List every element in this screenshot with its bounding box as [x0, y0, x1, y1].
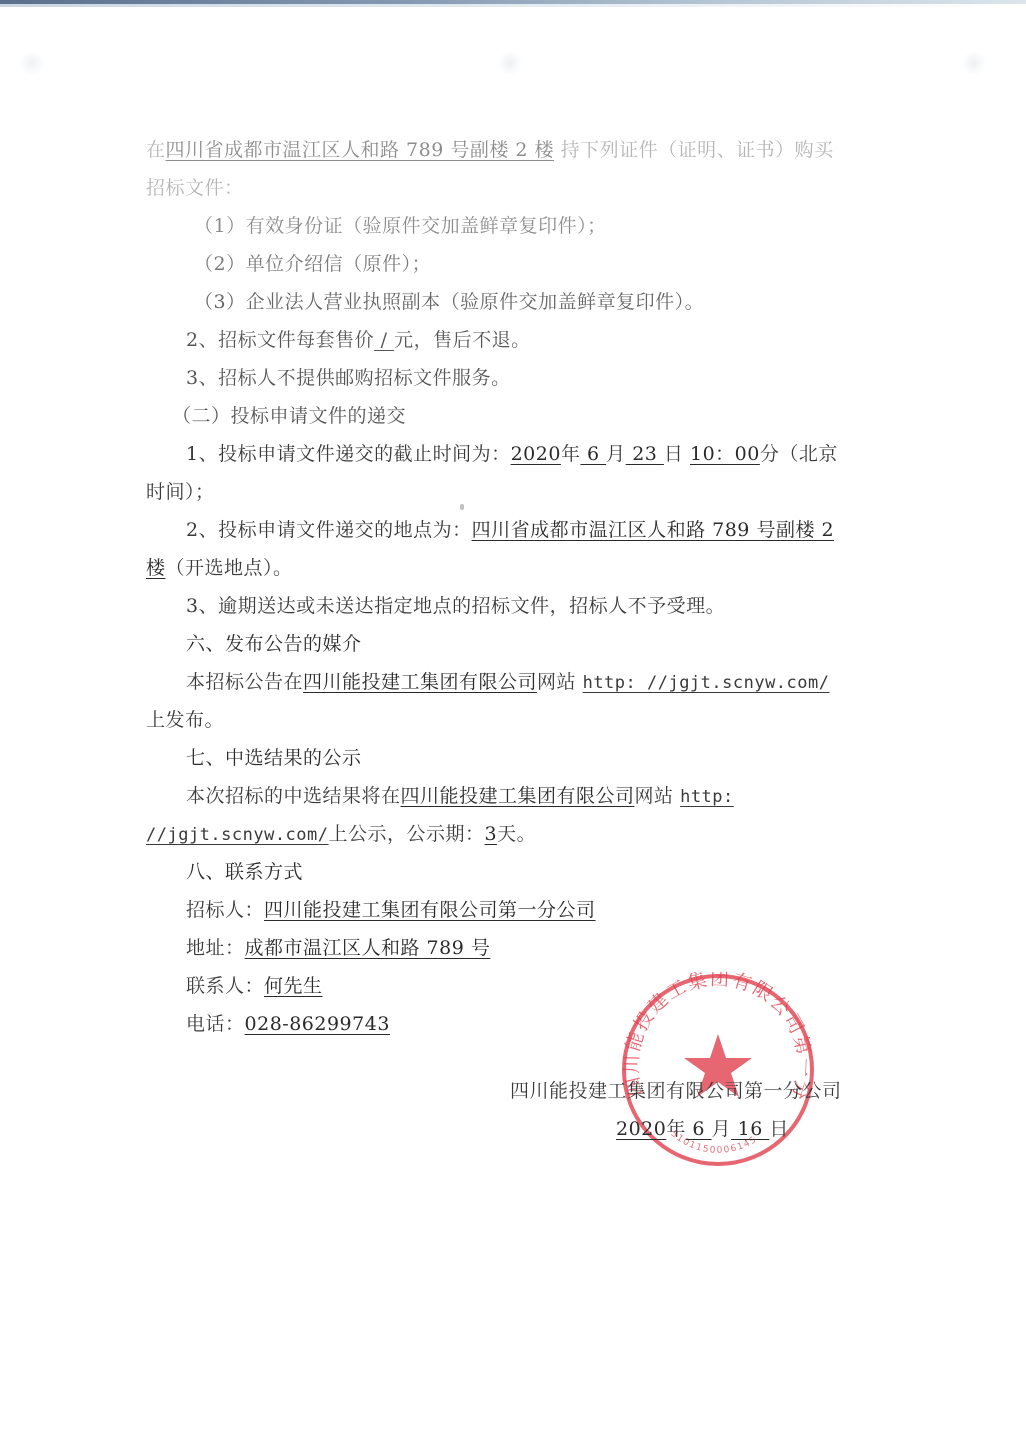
contact-person-line: 联系人：何先生	[186, 973, 323, 999]
scan-artifact-left	[18, 52, 46, 74]
deadline-line: 1、投标申请文件递交的截止时间为：2020年 6 月 23 日 10：00分（北…	[186, 441, 838, 467]
deadline-year: 2020	[511, 443, 561, 465]
result-url-part2: //jgjt.scnyw.com/	[146, 825, 329, 845]
result-prefix: 本次招标的中选结果将在	[186, 785, 401, 807]
result-continuation: //jgjt.scnyw.com/上公示，公示期：3天。	[146, 821, 536, 848]
scan-edge-shadow	[0, 4, 1026, 7]
deadline-suffix: 分（北京	[760, 443, 838, 465]
signature-year: 2020	[616, 1118, 666, 1140]
scan-speck	[460, 504, 464, 510]
media-continuation: 上发布。	[146, 707, 224, 733]
deadline-month-unit: 月	[606, 443, 626, 465]
result-company: 四川能投建工集团有限公司	[401, 785, 635, 807]
tenderer-value: 四川能投建工集团有限公司第一分公司	[264, 899, 596, 921]
price-suffix: 元，售后不退。	[394, 329, 531, 351]
result-days: 3	[485, 823, 498, 845]
price-value: /	[374, 329, 394, 351]
submission-section-title: （二）投标申请文件的递交	[172, 403, 406, 429]
media-line: 本招标公告在四川能投建工集团有限公司网站 http: //jgjt.scnyw.…	[186, 669, 829, 696]
result-mid: 网站	[635, 785, 681, 807]
purchase-location-line: 在四川省成都市温江区人和路 789 号副楼 2 楼 持下列证件（证明、证书）购买	[146, 137, 834, 163]
required-doc-1: （1）有效身份证（验原件交加盖鲜章复印件）；	[194, 213, 607, 239]
scan-artifact-right	[960, 52, 988, 74]
contact-address-line: 地址：成都市温江区人和路 789 号	[186, 935, 490, 961]
signature-organization: 四川能投建工集团有限公司第一分公司	[510, 1078, 842, 1104]
price-line: 2、招标文件每套售价 / 元，售后不退。	[186, 327, 531, 353]
signature-day: 16	[731, 1118, 769, 1140]
deadline-day: 23	[626, 443, 664, 465]
late-rule-line: 3、逾期送达或未送达指定地点的招标文件，招标人不予受理。	[186, 593, 725, 619]
address-label: 地址：	[186, 937, 245, 959]
media-prefix: 本招标公告在	[186, 671, 303, 693]
signature-month: 6	[686, 1118, 712, 1140]
media-url: http: //jgjt.scnyw.com/	[583, 673, 830, 693]
location-suffix: （开选地点）。	[166, 557, 293, 579]
phone-label: 电话：	[186, 1013, 245, 1035]
deadline-time: 10：00	[690, 443, 760, 465]
price-prefix: 2、招标文件每套售价	[186, 329, 374, 351]
tenderer-label: 招标人：	[186, 899, 264, 921]
deadline-month: 6	[580, 443, 606, 465]
required-doc-2: （2）单位介绍信（原件）；	[194, 251, 431, 277]
location-address-1: 四川省成都市温江区人和路 789 号副楼 2	[472, 519, 834, 541]
result-days-unit: 天。	[497, 823, 536, 845]
purchase-prefix: 在	[146, 139, 166, 161]
signature-day-unit: 日	[769, 1118, 789, 1140]
purchase-continuation: 招标文件：	[146, 175, 244, 201]
contact-label: 联系人：	[186, 975, 264, 997]
scan-artifact-center	[496, 52, 524, 74]
deadline-continuation: 时间）；	[146, 479, 215, 505]
signature-month-unit: 月	[712, 1118, 732, 1140]
location-prefix: 2、投标申请文件递交的地点为：	[186, 519, 472, 541]
signature-date: 2020年 6 月 16 日	[616, 1116, 789, 1142]
contact-tenderer-line: 招标人：四川能投建工集团有限公司第一分公司	[186, 897, 596, 923]
media-mid: 网站	[537, 671, 583, 693]
phone-value: 028-86299743	[245, 1013, 390, 1035]
result-suffix: 上公示，公示期：	[329, 823, 485, 845]
location-address-2: 楼	[146, 557, 166, 579]
contact-value: 何先生	[264, 975, 323, 997]
required-doc-3: （3）企业法人营业执照副本（验原件交加盖鲜章复印件）。	[194, 289, 704, 315]
purchase-suffix: 持下列证件（证明、证书）购买	[554, 139, 834, 161]
submission-location-continuation: 楼（开选地点）。	[146, 555, 293, 581]
result-section-title: 七、中选结果的公示	[186, 745, 362, 771]
contact-section-title: 八、联系方式	[186, 859, 303, 885]
submission-location-line: 2、投标申请文件递交的地点为：四川省成都市温江区人和路 789 号副楼 2	[186, 517, 834, 543]
purchase-address: 四川省成都市温江区人和路 789 号副楼 2 楼	[166, 139, 555, 161]
result-line: 本次招标的中选结果将在四川能投建工集团有限公司网站 http:	[186, 783, 734, 810]
address-value: 成都市温江区人和路 789 号	[245, 937, 491, 959]
deadline-prefix: 1、投标申请文件递交的截止时间为：	[186, 443, 511, 465]
media-company: 四川能投建工集团有限公司	[303, 671, 537, 693]
result-url-part1: http:	[680, 787, 734, 807]
media-section-title: 六、发布公告的媒介	[186, 631, 362, 657]
signature-year-unit: 年	[666, 1118, 686, 1140]
deadline-day-unit: 日	[664, 443, 684, 465]
no-mail-line: 3、招标人不提供邮购招标文件服务。	[186, 365, 511, 391]
contact-phone-line: 电话：028-86299743	[186, 1011, 390, 1037]
deadline-year-unit: 年	[561, 443, 581, 465]
